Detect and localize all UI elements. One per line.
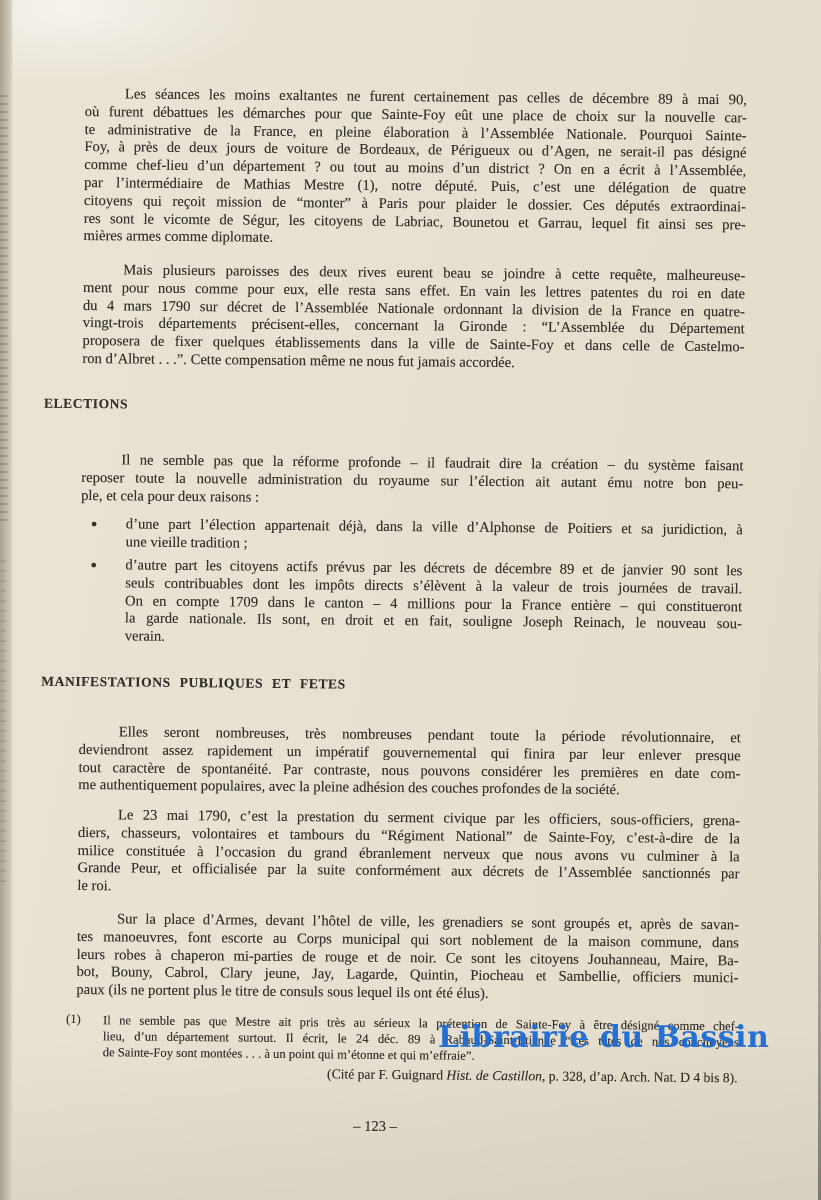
section-heading-manifestations: MANIFESTATIONS PUBLIQUES ET FETES	[41, 674, 346, 693]
citation-line: (Cité par F. Guignard Hist. de Castillon…	[75, 1064, 737, 1086]
bullet-item-election: ● d’une part l’élection appartenait déjà…	[0, 515, 817, 523]
page-number: – 123 –	[75, 1116, 675, 1139]
footnote-marker: (1)	[66, 1012, 81, 1027]
paragraph-serment: Le 23 mai 1790, c’est la prestation du s…	[77, 807, 740, 902]
paragraph-place-armes: Sur la place d’Armes, devant l’hôtel de …	[76, 911, 739, 1006]
bullet-marker: ●	[91, 519, 98, 530]
paragraph-fetes: Elles seront nombreuses, très nombreuses…	[78, 724, 741, 802]
bullet-marker: ●	[90, 560, 97, 571]
paragraph-reforme: Il ne semble pas que la réforme profonde…	[81, 452, 743, 512]
scanned-book-page: Les séances les moins exaltantes ne fure…	[0, 0, 821, 1200]
citation-pre: (Cité par F. Guignard	[327, 1066, 446, 1082]
paragraph-paroisses: Mais plusieurs paroisses des deux rives …	[82, 262, 745, 375]
librairie-du-bassin-watermark: Librairie du Bassin	[438, 1020, 769, 1055]
section-heading-elections: ELECTIONS	[44, 396, 128, 413]
bullet-text: d’autre part les citoyens actifs prévus …	[125, 557, 743, 652]
paragraph-seances: Les séances les moins exaltantes ne fure…	[84, 86, 748, 253]
citation-post: , p. 328, d’ap. Arch. Nat. D 4 bis 8).	[542, 1068, 738, 1085]
citation-title: Hist. de Castillon	[446, 1068, 542, 1084]
bullet-text: d’une part l’élection appartenait déjà, …	[126, 516, 743, 558]
